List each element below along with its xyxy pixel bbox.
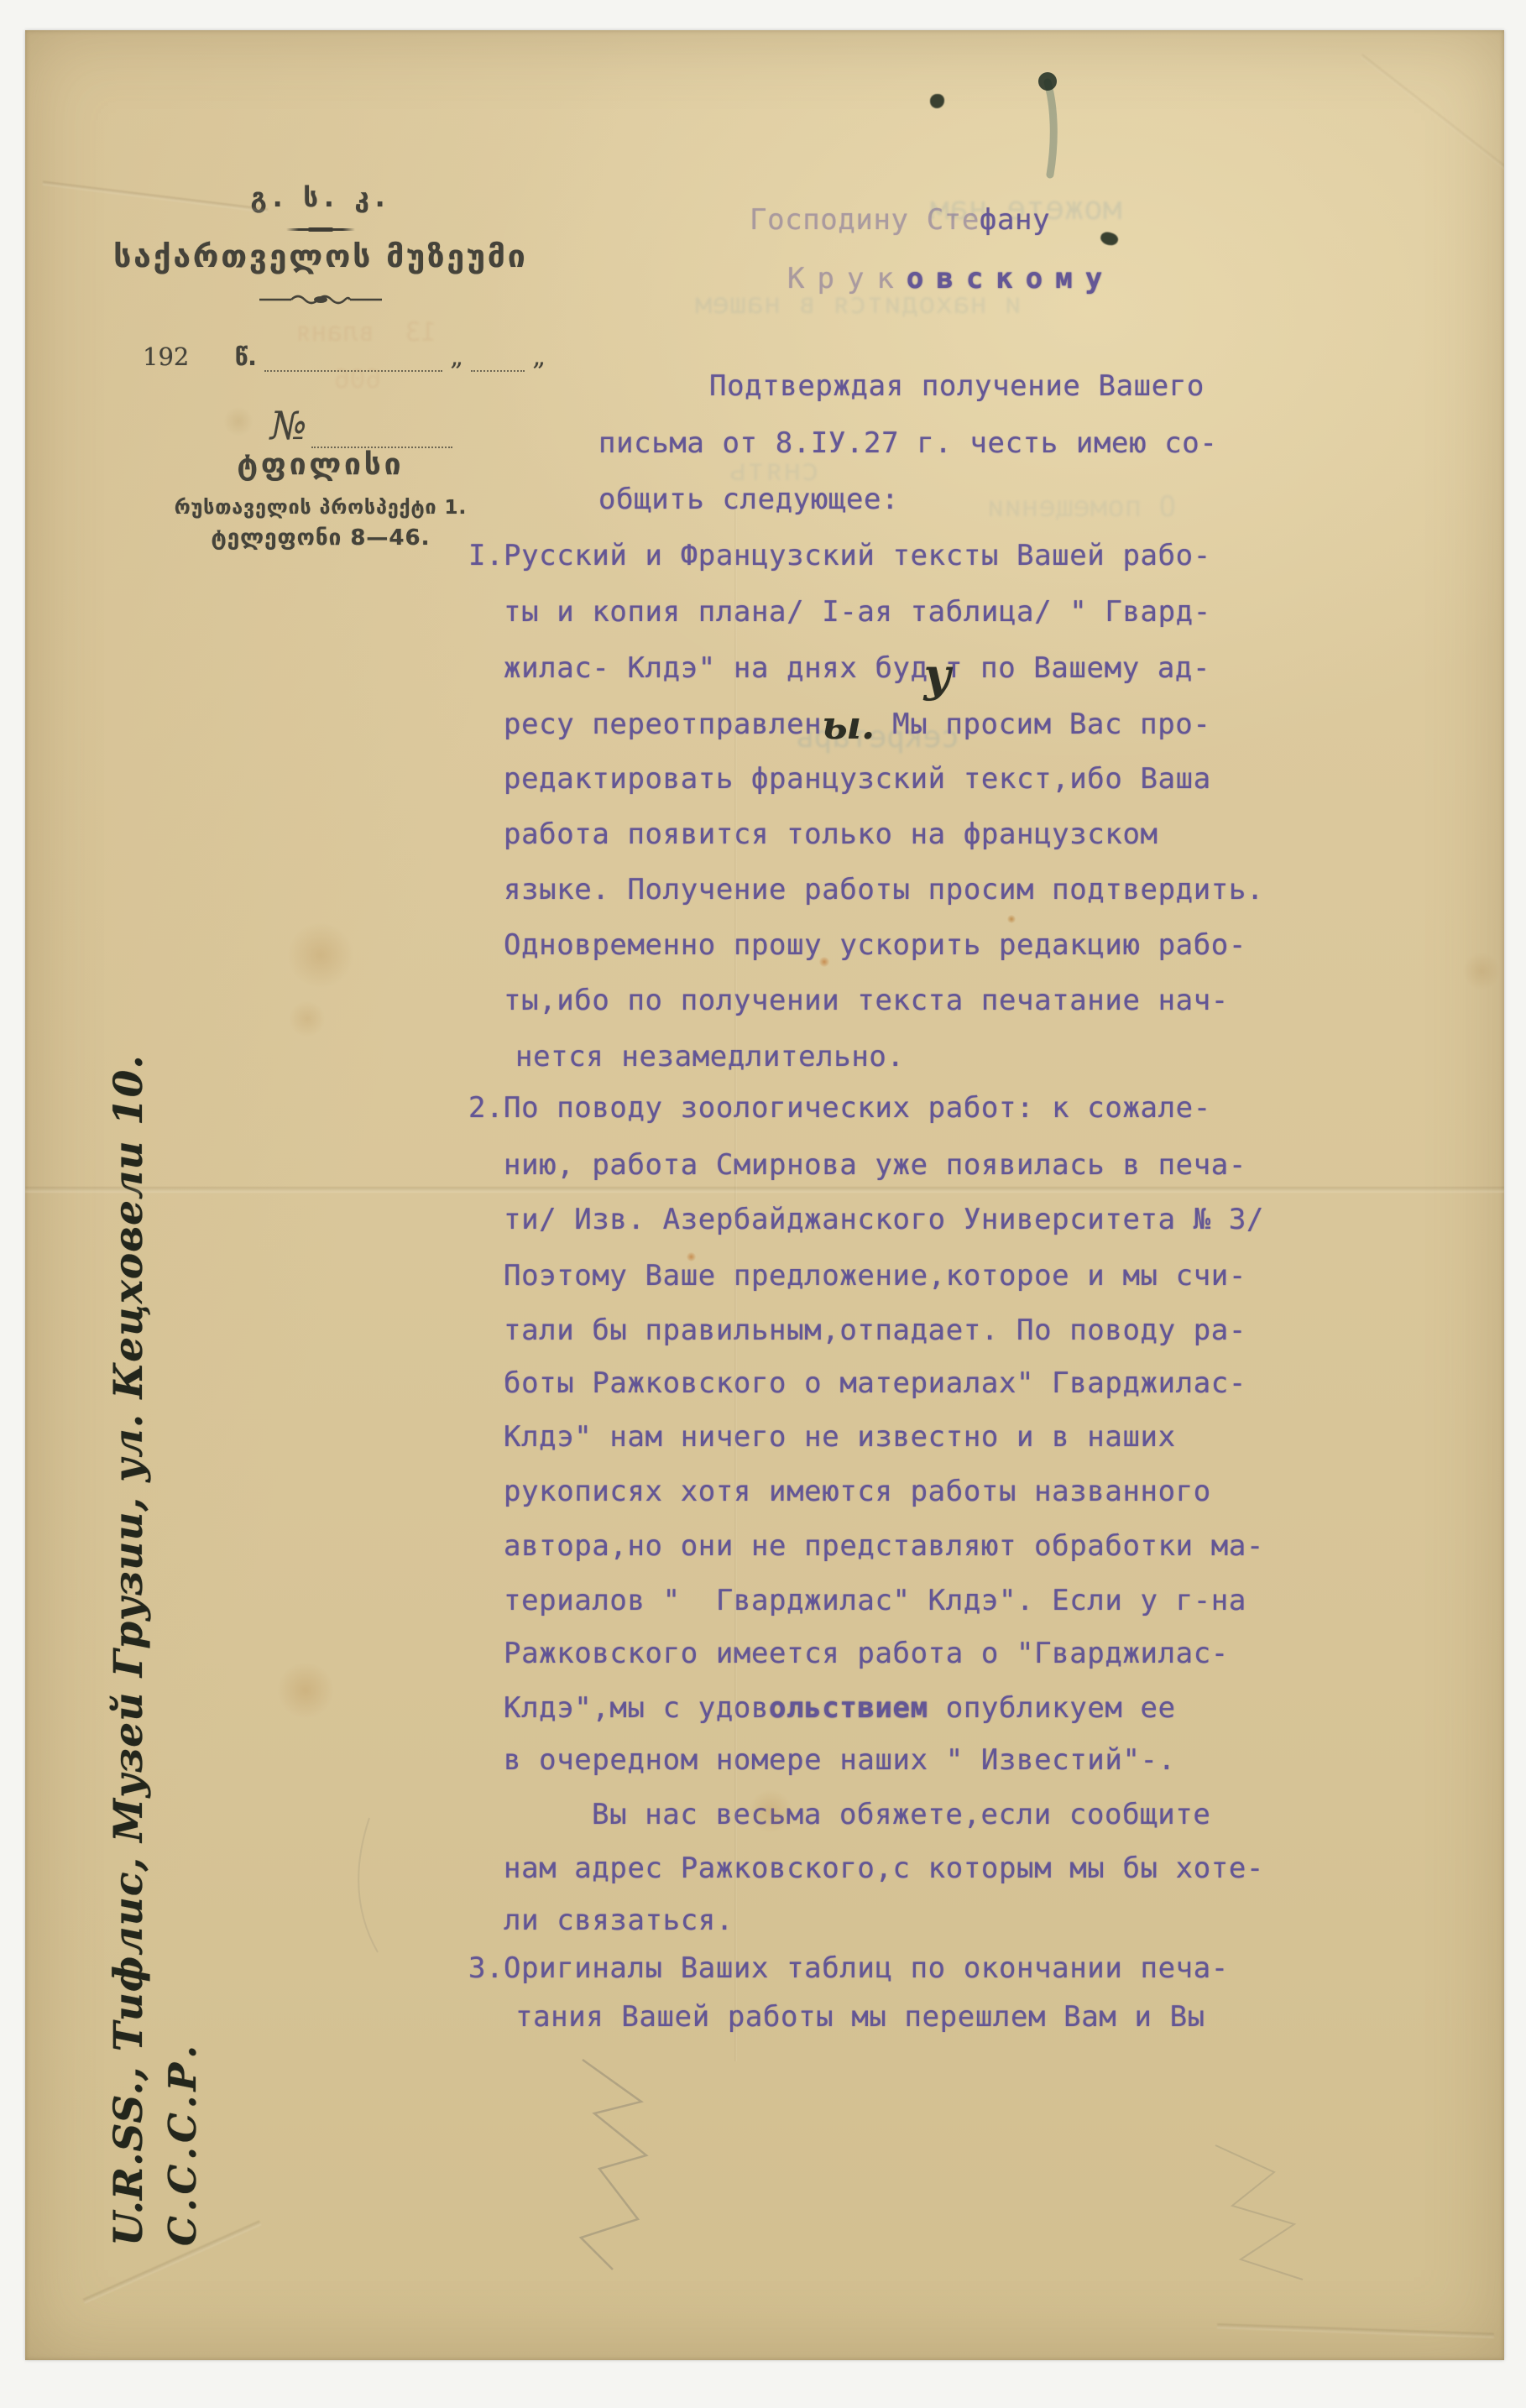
scan-background: გ. ს. კ. საქართველოს მუზეუმი 192 წ. „ „ …	[0, 0, 1526, 2408]
pencil-scribble	[25, 30, 1504, 2360]
letter-paper: გ. ს. კ. საქართველოს მუზეუმი 192 წ. „ „ …	[25, 30, 1504, 2360]
